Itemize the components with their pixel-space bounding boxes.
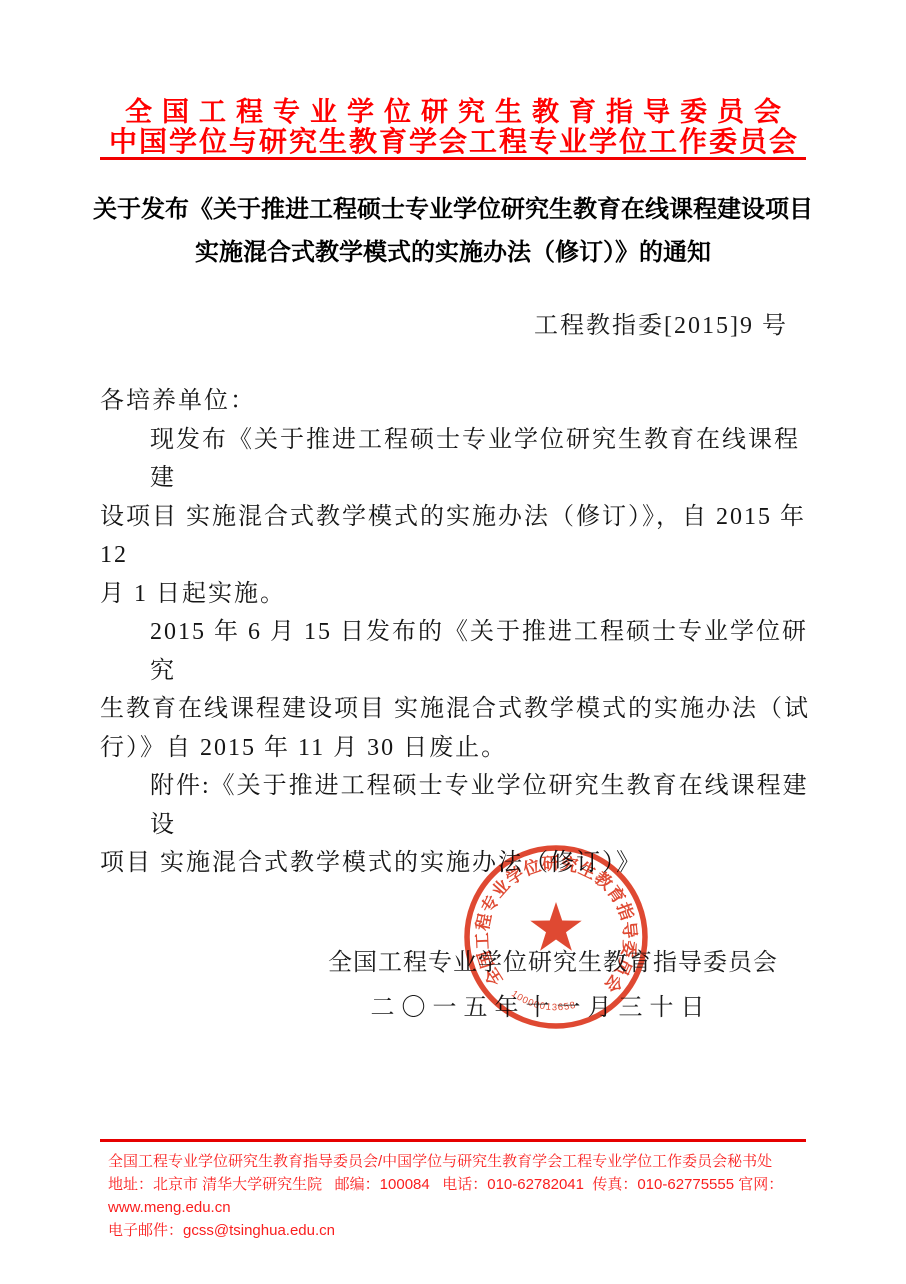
issuing-org-secondary: 中国学位与研究生教育学会工程专业学位工作委员会 xyxy=(100,127,806,156)
document-number: 工程教指委[2015]9 号 xyxy=(100,305,788,340)
official-seal: 全国工程专业学位研究生教育指导委员会 10000013658 xyxy=(446,827,666,1047)
body-line-p1l3: 月 1 日起实施。 xyxy=(100,575,812,614)
letterhead-divider-line xyxy=(100,157,806,160)
footer-secretariat-line: 全国工程专业学位研究生教育指导委员会/中国学位与研究生教育学会工程专业学位工作委… xyxy=(108,1150,814,1173)
notice-title-line2: 实施混合式教学模式的实施办法（修订）》的通知 xyxy=(90,232,816,275)
letterhead: 全国工程专业学位研究生教育指导委员会 中国学位与研究生教育学会工程专业学位工作委… xyxy=(100,97,806,156)
body-line-p2l1: 2015 年 6 月 15 日发布的《关于推进工程硕士专业学位研究 xyxy=(100,613,812,690)
seal-star-icon xyxy=(530,902,581,951)
body-line-p1l2: 设项目 实施混合式教学模式的实施办法（修订）》，自 2015 年 12 xyxy=(100,498,812,575)
issuing-org-primary: 全国工程专业学位研究生教育指导委员会 xyxy=(100,97,806,127)
seal-serial-number: 10000013658 xyxy=(509,988,577,1013)
salutation: 各培养单位： xyxy=(100,382,812,421)
notice-document-page: 全国工程专业学位研究生教育指导委员会 中国学位与研究生教育学会工程专业学位工作委… xyxy=(0,0,906,1284)
notice-title: 关于发布《关于推进工程硕士专业学位研究生教育在线课程建设项目 实施混合式教学模式… xyxy=(90,189,816,275)
footer-divider-line xyxy=(100,1139,806,1142)
footer: 全国工程专业学位研究生教育指导委员会/中国学位与研究生教育学会工程专业学位工作委… xyxy=(108,1150,814,1242)
footer-contact-line: 地址：北京市 清华大学研究生院 邮编：100084 电话：010-6278204… xyxy=(108,1173,814,1219)
notice-body: 各培养单位： 现发布《关于推进工程硕士专业学位研究生教育在线课程建 设项目 实施… xyxy=(100,382,812,883)
body-line-p2l2: 生教育在线课程建设项目 实施混合式教学模式的实施办法（试 xyxy=(100,690,812,729)
seal-serial-container: 10000013658 xyxy=(509,988,577,1013)
notice-title-line1: 关于发布《关于推进工程硕士专业学位研究生教育在线课程建设项目 xyxy=(90,189,816,232)
body-line-p2l3: 行）》自 2015 年 11 月 30 日废止。 xyxy=(100,729,812,768)
body-line-p1l1: 现发布《关于推进工程硕士专业学位研究生教育在线课程建 xyxy=(100,421,812,498)
footer-email-line: 电子邮件：gcss@tsinghua.edu.cn xyxy=(108,1219,814,1242)
